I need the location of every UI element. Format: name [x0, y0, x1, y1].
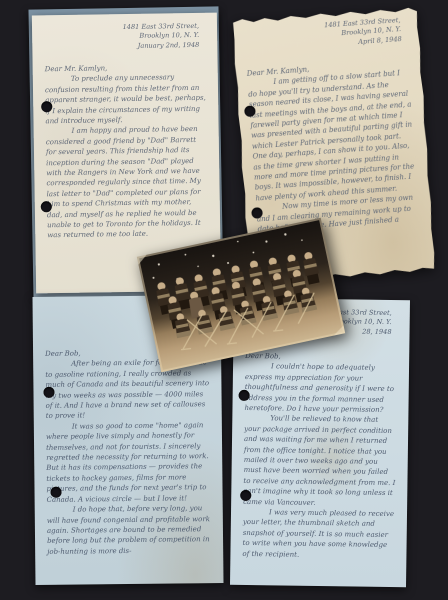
letter-paragraph: To preclude any unnecessary confusion re… — [45, 72, 207, 127]
letter-paragraph: It was so good to come "home" again wher… — [46, 420, 211, 505]
letter-paragraph: I was very much pleased to receive your … — [242, 507, 395, 561]
hole-punch — [240, 490, 251, 501]
hole-punch — [43, 387, 54, 398]
hole-punch — [50, 487, 61, 498]
photographed-letters-scene: 1481 East 33rd Street, Brooklyn 10, N. Y… — [0, 0, 448, 600]
letter-paragraph: I am happy and proud to have been consid… — [46, 124, 209, 241]
letter-heading: 1481 East 33rd Street, Brooklyn 10, N. Y… — [44, 22, 205, 52]
letter-heading: 1481 East 33rd Street, Brooklyn 10, N. Y… — [244, 16, 409, 55]
letter-paragraph: I do hope that, before very long, you wi… — [47, 503, 212, 557]
hole-punch — [239, 390, 250, 401]
date-line: January 2nd, 1948 — [44, 40, 199, 52]
letter-paragraph: You'll be relieved to know that your pac… — [243, 413, 396, 509]
letter-paragraph: I am getting off to a slow start but I d… — [247, 68, 418, 204]
hole-punch — [41, 201, 52, 212]
letter-paragraph: I couldn't hope to adequately express my… — [244, 361, 397, 415]
